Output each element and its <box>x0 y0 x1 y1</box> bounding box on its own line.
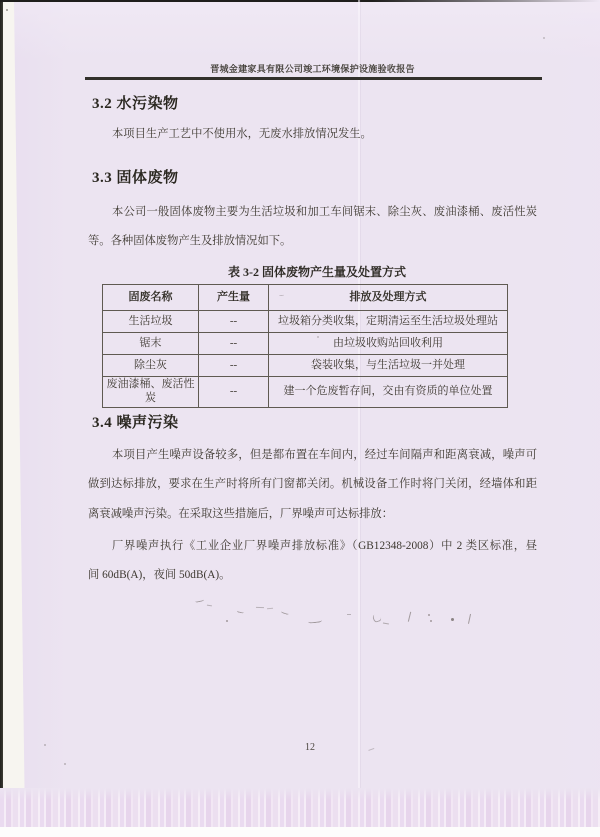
smudge-mark <box>451 618 454 621</box>
paragraph-line: 间 60dB(A)，夜间 50dB(A)。 <box>88 561 537 590</box>
paragraph-3-4-noise: 本项目产生噪声设备较多，但是都布置在车间内，经过车间隔声和距离衰减，噪声可 做到… <box>88 441 537 529</box>
scan-bottom-margin <box>0 827 600 837</box>
smudge-mark <box>430 620 432 622</box>
page-number: 12 <box>288 742 332 753</box>
smudge-mark <box>428 614 430 616</box>
col-header-waste-name: 固废名称 <box>103 285 199 311</box>
section-heading-3-2: 3.2 水污染物 <box>92 92 179 113</box>
header-rule <box>85 77 542 80</box>
col-header-disposal: 排放及处理方式 <box>269 285 508 311</box>
table-row: 废油漆桶、废活性炭 -- 建一个危废暂存间，交由有资质的单位处置 <box>103 377 508 408</box>
cell-waste-name: 生活垃圾 <box>103 311 199 333</box>
cell-waste-name: 锯末 <box>103 333 199 355</box>
paragraph-line: 本项目生产工艺中不使用水，无废水排放情况发生。 <box>88 120 537 149</box>
scanner-left-edge <box>0 0 3 827</box>
paragraph-line: 等。各种固体废物产生及排放情况如下。 <box>88 227 537 256</box>
paragraph-3-2: 本项目生产工艺中不使用水，无废水排放情况发生。 <box>88 120 537 149</box>
cell-waste-name: 除尘灰 <box>103 355 199 377</box>
smudge-mark <box>383 621 389 624</box>
smudge-mark <box>6 9 8 11</box>
smudge-mark <box>347 613 351 615</box>
scan-bottom-texture-band <box>0 788 600 827</box>
table-caption: 表 3-2 固体废物产生量及处置方式 <box>102 263 532 280</box>
smudge-mark <box>64 763 66 765</box>
cell-disposal: 袋装收集，与生活垃圾一并处理 <box>269 355 508 377</box>
smudge-mark <box>372 613 382 623</box>
paper-left-edge <box>3 0 25 827</box>
smudge-mark <box>44 744 46 746</box>
cell-quantity: -- <box>199 377 269 408</box>
cell-disposal: 垃圾箱分类收集，定期清运至生活垃圾处理站 <box>269 311 508 333</box>
smudge-mark <box>237 609 244 613</box>
cell-disposal: 建一个危废暂存间，交由有资质的单位处置 <box>269 377 508 408</box>
cell-waste-name: 废油漆桶、废活性炭 <box>103 377 199 408</box>
table-row: 锯末 -- 由垃圾收购站回收利用 <box>103 333 508 355</box>
smudge-mark <box>543 37 545 39</box>
col-header-quantity: 产生量 <box>199 285 269 311</box>
table-row: 生活垃圾 -- 垃圾箱分类收集，定期清运至生活垃圾处理站 <box>103 311 508 333</box>
smudge-mark <box>368 746 375 751</box>
cell-quantity: -- <box>199 355 269 377</box>
smudge-mark <box>317 336 319 338</box>
paragraph-line: 厂界噪声执行《工业企业厂界噪声排放标准》（GB12348-2008）中 2 类区… <box>88 532 537 561</box>
paragraph-3-4-standard: 厂界噪声执行《工业企业厂界噪声排放标准》（GB12348-2008）中 2 类区… <box>88 532 537 589</box>
table-row: 除尘灰 -- 袋装收集，与生活垃圾一并处理 <box>103 355 508 377</box>
smudge-mark <box>408 612 413 622</box>
table-header-row: 固废名称 产生量 排放及处理方式 <box>103 285 508 311</box>
section-heading-3-4: 3.4 噪声污染 <box>92 411 179 432</box>
section-heading-3-3: 3.3 固体废物 <box>92 166 179 187</box>
smudge-mark <box>281 610 290 615</box>
smudge-mark <box>207 604 212 607</box>
cell-quantity: -- <box>199 333 269 355</box>
smudge-mark <box>226 620 228 622</box>
smudge-mark <box>267 607 273 609</box>
paragraph-line: 本公司一般固体废物主要为生活垃圾和加工车间锯末、除尘灰、废油漆桶、废活性炭 <box>88 198 537 227</box>
scanner-top-edge <box>0 0 600 2</box>
running-header-title: 晋城金建家具有限公司竣工环境保护设施验收报告 <box>88 62 537 75</box>
smudge-mark <box>308 618 322 623</box>
cell-quantity: -- <box>199 311 269 333</box>
scanned-report-page: 晋城金建家具有限公司竣工环境保护设施验收报告 3.2 水污染物 本项目生产工艺中… <box>0 0 600 837</box>
solid-waste-table: 固废名称 产生量 排放及处理方式 生活垃圾 -- 垃圾箱分类收集，定期清运至生活… <box>102 284 508 408</box>
paragraph-line: 做到达标排放，要求在生产时将所有门窗都关闭。机械设备工作时将门关闭，经墙体和距 <box>88 470 537 499</box>
paragraph-line: 本项目产生噪声设备较多，但是都布置在车间内，经过车间隔声和距离衰减，噪声可 <box>88 441 537 470</box>
smudge-mark <box>195 598 204 603</box>
smudge-mark <box>468 614 472 624</box>
cell-disposal: 由垃圾收购站回收利用 <box>269 333 508 355</box>
paragraph-3-3: 本公司一般固体废物主要为生活垃圾和加工车间锯末、除尘灰、废油漆桶、废活性炭 等。… <box>88 198 537 255</box>
paragraph-line: 离衰减噪声污染。在采取这些措施后，厂界噪声可达标排放： <box>88 500 537 529</box>
smudge-mark <box>256 606 264 608</box>
